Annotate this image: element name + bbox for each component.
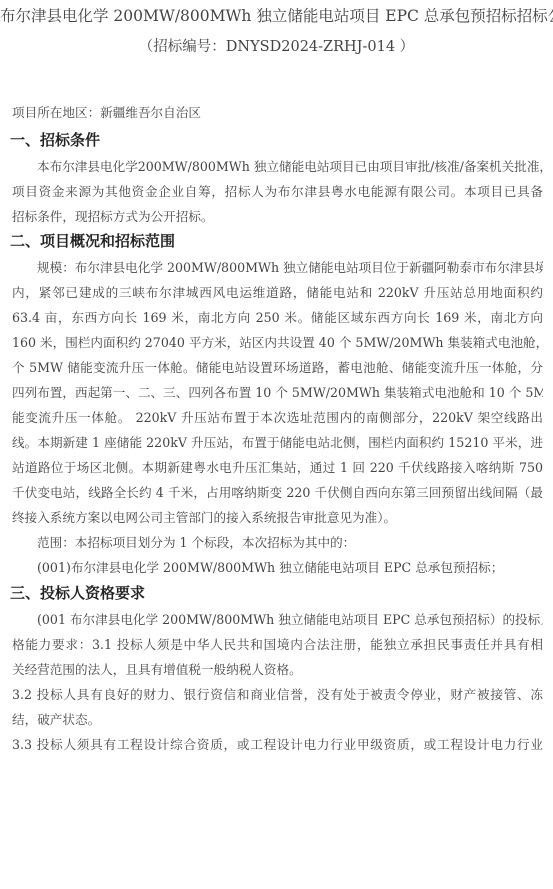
- section-heading-project-overview: 二、项目概况和招标范围: [10, 231, 175, 251]
- paragraph-line: 终接入系统方案以电网公司主管部门的接入系统报告审批意见为准）。: [12, 508, 543, 528]
- paragraph-line: 招标条件，现招标方式为公开招标。: [12, 207, 543, 227]
- paragraph-line: 本布尔津县电化学200MW/800MWh 独立储能电站项目已由项目审批/核准/备…: [37, 157, 543, 177]
- tender-number: （招标编号：DNYSD2024-ZRHJ-014 ）: [0, 35, 553, 56]
- paragraph-line: 关经营范围的法人，且具有增值税一般纳税人资格。: [12, 660, 543, 680]
- document-title: 布尔津县电化学 200MW/800MWh 独立储能电站项目 EPC 总承包预招标…: [0, 4, 553, 26]
- paragraph-line: 格能力要求：3.1 投标人须是中华人民共和国境内合法注册，能独立承担民事责任并具…: [12, 635, 543, 655]
- paragraph-line: (001 布尔津县电化学 200MW/800MWh 独立储能电站项目 EPC 总…: [37, 610, 543, 630]
- paragraph-line: 个 5MW 储能变流升压一体舱。储能电站设置环场道路，蓄电池舱、储能变流升压一体…: [12, 358, 543, 378]
- paragraph-line: 四列布置，西起第一、二、三、四列各布置 10 个 5MW/20MWh 集装箱式电…: [12, 383, 543, 403]
- paragraph-line: 线。本期新建 1 座储能 220kV 升压站，布置于储能电站北侧，围栏内面积约 …: [12, 433, 543, 453]
- lot-line: (001)布尔津县电化学 200MW/800MWh 独立储能电站项目 EPC 总…: [37, 558, 543, 578]
- paragraph-line: 3.3 投标人须具有工程设计综合资质，或工程设计电力行业甲级资质，或工程设计电力…: [12, 735, 543, 755]
- paragraph-line: 结，破产状态。: [12, 710, 543, 730]
- paragraph-line: 项目资金来源为其他资金企业自筹，招标人为布尔津县粤水电能源有限公司。本项目已具备: [12, 182, 543, 202]
- paragraph-line: 千伏变电站，线路全长约 4 千米，占用喀纳斯变 220 千伏侧自西向东第三回预留…: [12, 483, 543, 503]
- paragraph-line: 站道路位于场区北侧。本期新建粤水电升压汇集站，通过 1 回 220 千伏线路接入…: [12, 458, 543, 478]
- paragraph-line: 能变流升压一体舱。 220kV 升压站布置于本次选址范围内的南侧部分，220kV…: [12, 408, 543, 428]
- section-heading-bidder-qualifications: 三、投标人资格要求: [10, 583, 145, 603]
- section-heading-bidding-conditions: 一、招标条件: [10, 130, 100, 150]
- paragraph-line: 63.4 亩，东西方向长 169 米，南北方向 250 米。储能区域东西方向长 …: [12, 308, 543, 328]
- paragraph-line: 3.2 投标人具有良好的财力、银行资信和商业信誉，没有处于被责令停业，财产被接管…: [12, 685, 543, 705]
- scope-line: 范围：本招标项目划分为 1 个标段，本次招标为其中的：: [37, 533, 543, 553]
- paragraph-line: 内，紧邻已建成的三峡布尔津城西风电运维道路，储能电站和 220kV 升压站总用地…: [12, 283, 543, 303]
- paragraph-line: 规模：布尔津县电化学 200MW/800MWh 独立储能电站项目位于新疆阿勒泰市…: [37, 258, 543, 278]
- project-location: 项目所在地区：新疆维吾尔自治区: [12, 103, 543, 123]
- paragraph-line: 160 米，围栏内面积约 27040 平方米，站区内共设置 40 个 5MW/2…: [12, 333, 543, 353]
